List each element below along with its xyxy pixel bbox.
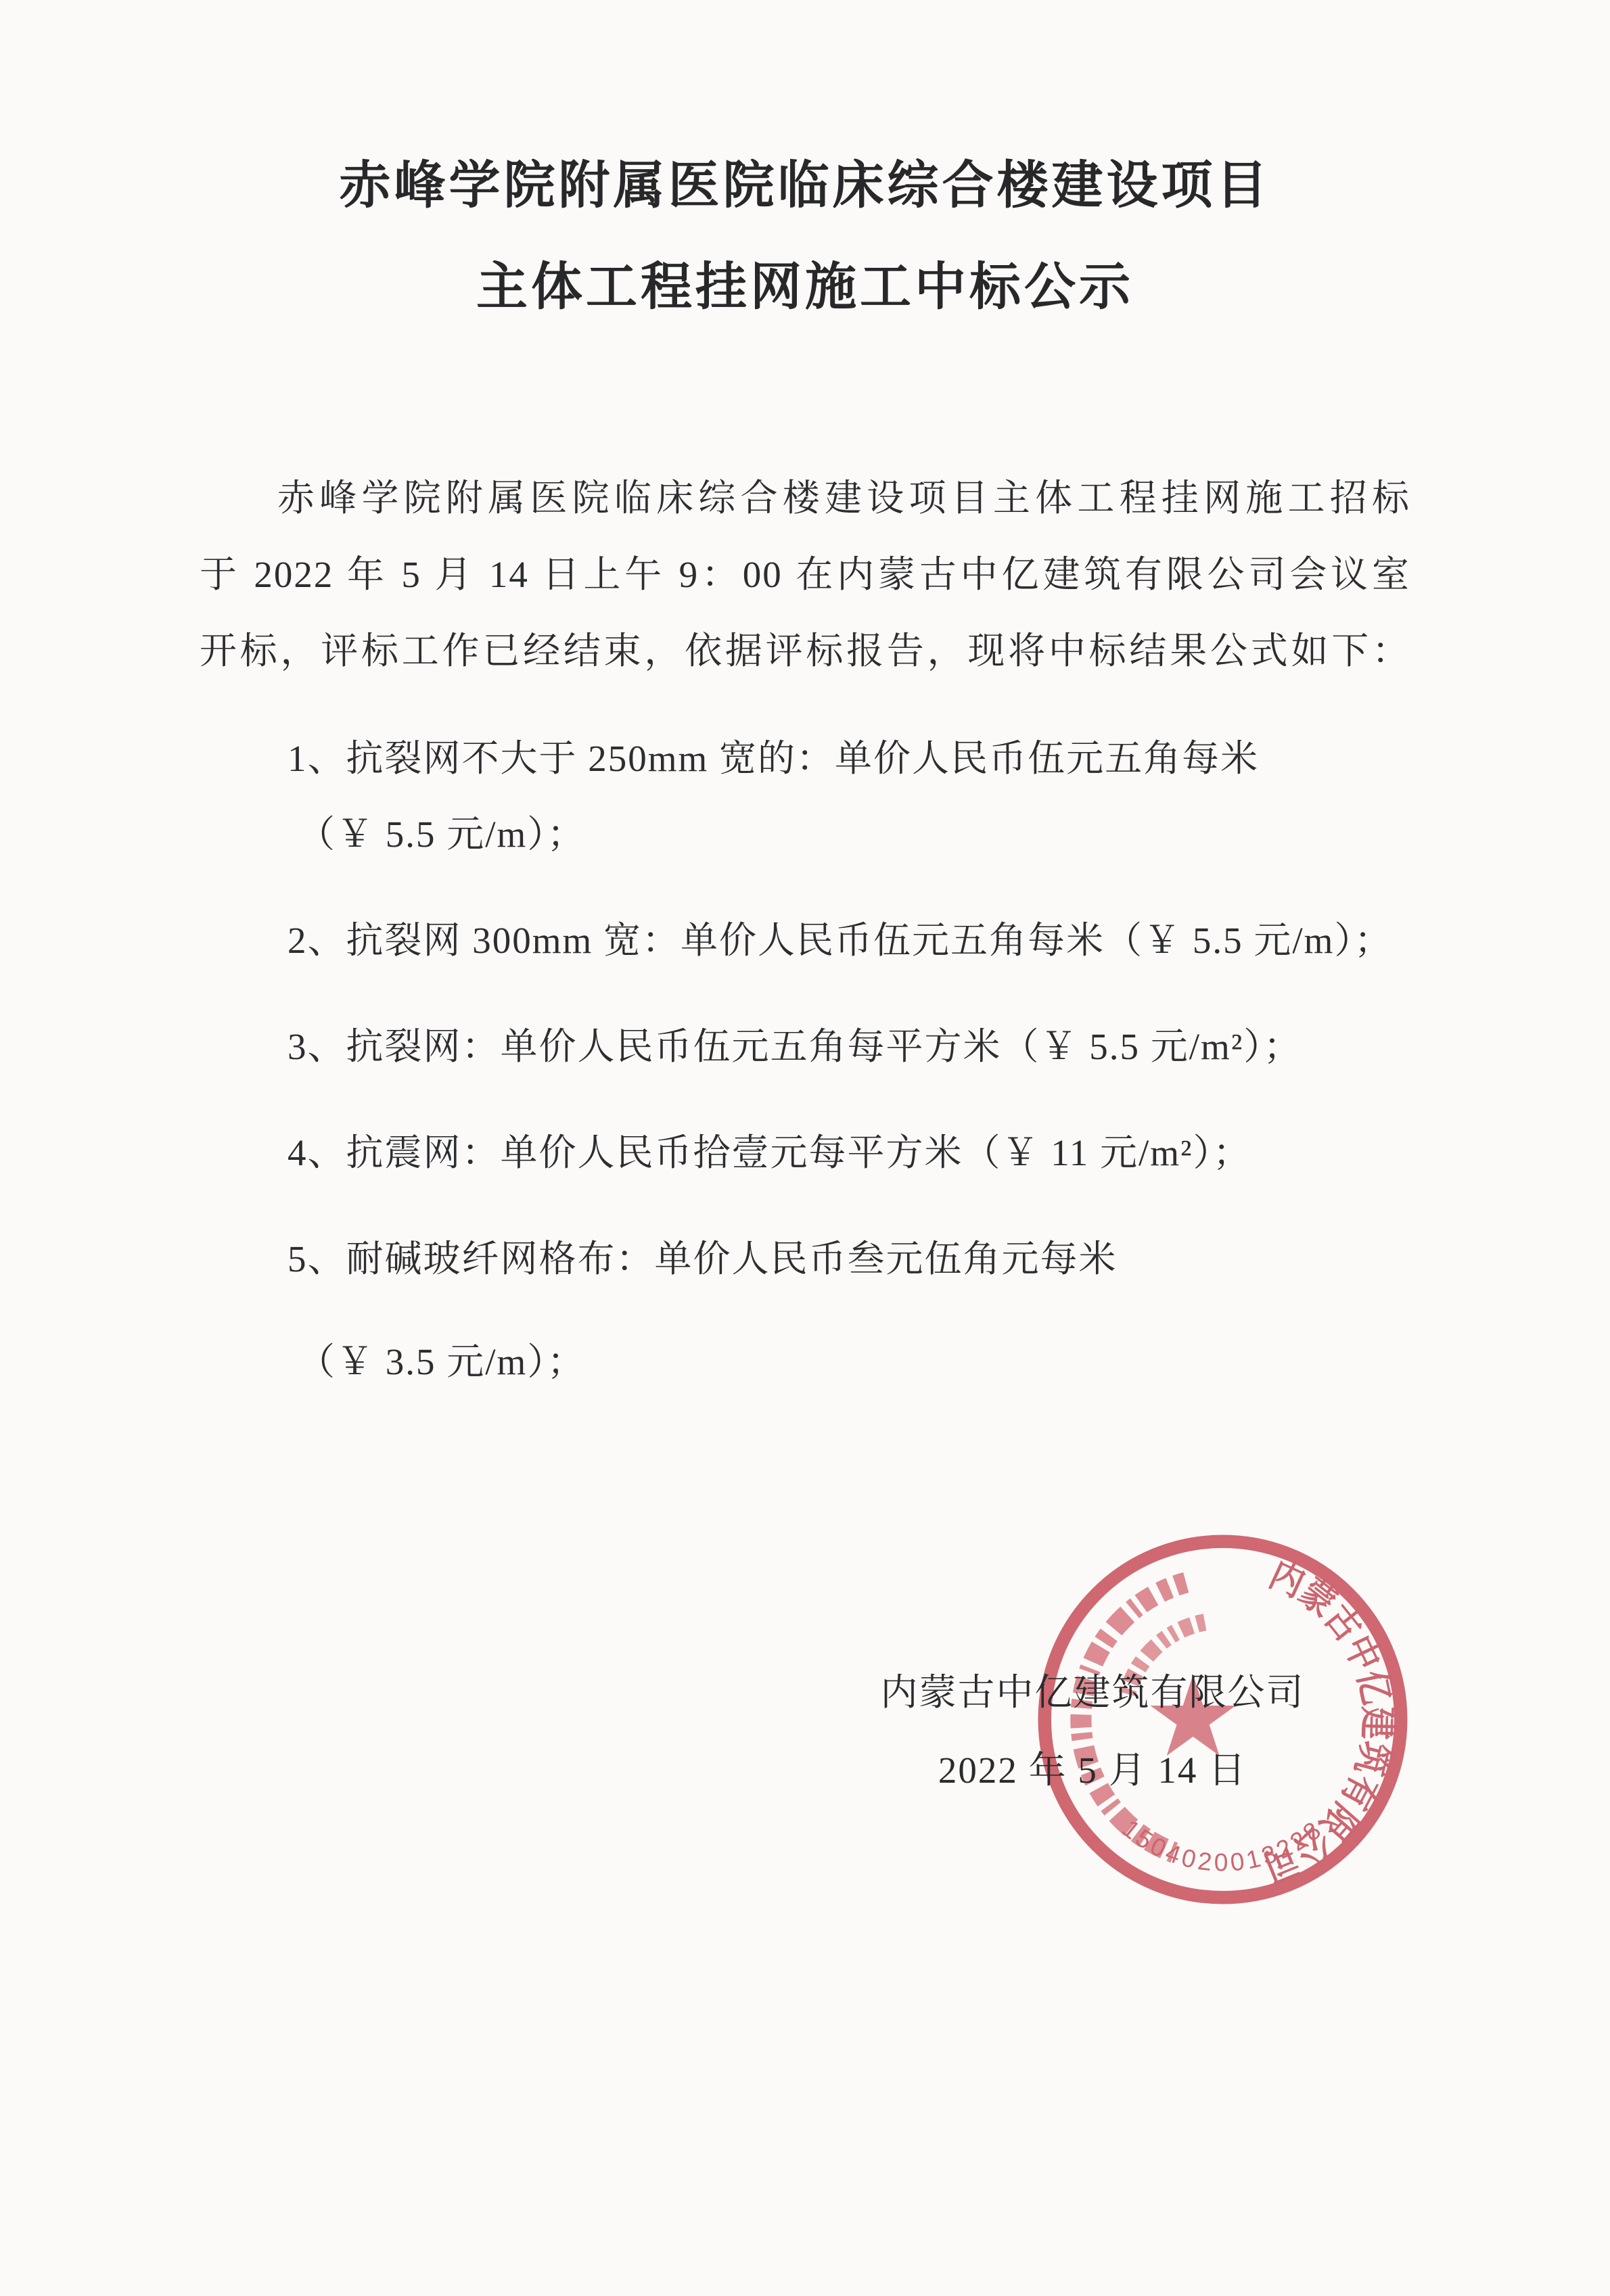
scanned-document-page: 赤峰学院附属医院临床综合楼建设项目 主体工程挂网施工中标公示 赤峰学院附属医院临…	[0, 0, 1610, 2296]
paragraph-line-2: 于 2022 年 5 月 14 日上午 9：00 在内蒙古中亿建筑有限公司会议室	[200, 536, 1410, 613]
bid-item-1: 1、抗裂网不大于 250mm 宽的：单价人民币伍元五角每米	[287, 721, 1498, 797]
document-title: 赤峰学院附属医院临床综合楼建设项目 主体工程挂网施工中标公示	[0, 135, 1610, 338]
bid-item-4: 4、抗震网：单价人民币拾壹元每平方米（￥ 11 元/m²）；	[287, 1115, 1498, 1191]
document-title-line-1: 赤峰学院附属医院临床综合楼建设项目	[0, 135, 1610, 237]
paragraph-line-1: 赤峰学院附属医院临床综合楼建设项目主体工程挂网施工招标	[200, 460, 1410, 536]
body-paragraph: 赤峰学院附属医院临床综合楼建设项目主体工程挂网施工招标 于 2022 年 5 月…	[200, 460, 1410, 689]
signature-company: 内蒙古中亿建筑有限公司	[869, 1654, 1316, 1731]
bid-item-5-price: （￥ 3.5 元/m）；	[287, 1324, 1498, 1400]
bid-item-3: 3、抗裂网：单价人民币伍元五角每平方米（￥ 5.5 元/m²）；	[287, 1009, 1498, 1085]
bid-item-5: 5、耐碱玻纤网格布：单价人民币叁元伍角元每米	[287, 1221, 1498, 1297]
bid-result-list: 1、抗裂网不大于 250mm 宽的：单价人民币伍元五角每米 （￥ 5.5 元/m…	[287, 721, 1498, 1400]
paragraph-line-3: 开标，评标工作已经结束，依据评标报告，现将中标结果公式如下：	[200, 613, 1410, 689]
signature-block: 内蒙古中亿建筑有限公司 2022 年 5 月 14 日	[869, 1654, 1316, 1809]
document-title-line-2: 主体工程挂网施工中标公示	[0, 237, 1610, 338]
signature-date: 2022 年 5 月 14 日	[869, 1731, 1316, 1809]
bid-item-2: 2、抗裂网 300mm 宽：单价人民币伍元五角每米（￥ 5.5 元/m）；	[287, 903, 1498, 979]
bid-item-1-price: （￥ 5.5 元/m）；	[287, 797, 1498, 872]
